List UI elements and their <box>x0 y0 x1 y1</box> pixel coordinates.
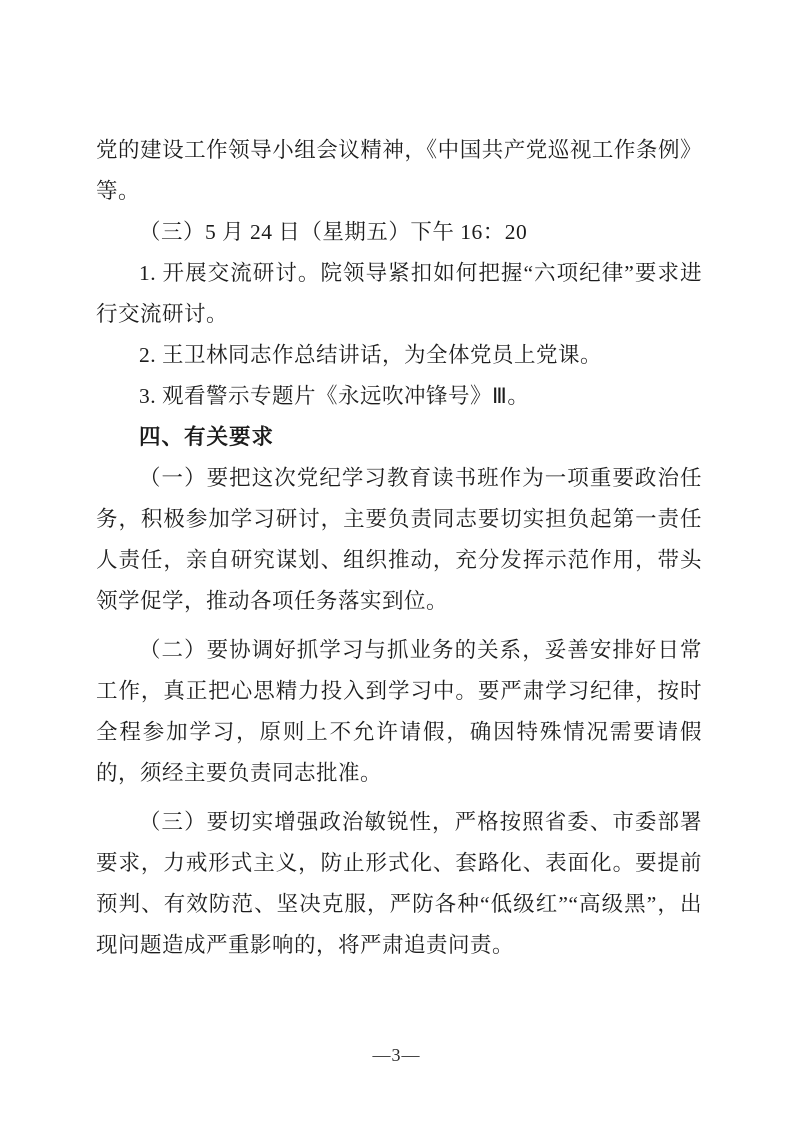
para-agenda-item-2: 2. 王卫林同志作总结讲话，为全体党员上党课。 <box>96 335 702 376</box>
para-requirement-3: （三）要切实增强政治敏锐性，严格按照省委、市委部署要求，力戒形式主义，防止形式化… <box>96 802 702 966</box>
para-continuation: 党的建设工作领导小组会议精神，《中国共产党巡视工作条例》等。 <box>96 130 702 212</box>
para-agenda-item-1: 1. 开展交流研讨。院领导紧扣如何把握“六项纪律”要求进行交流研讨。 <box>96 253 702 335</box>
para-requirement-1: （一）要把这次党纪学习教育读书班作为一项重要政治任务，积极参加学习研讨，主要负责… <box>96 458 702 622</box>
section-heading-requirements: 四、有关要求 <box>96 417 702 458</box>
document-body: 党的建设工作领导小组会议精神，《中国共产党巡视工作条例》等。 （三）5 月 24… <box>96 130 702 966</box>
para-agenda-item-3: 3. 观看警示专题片《永远吹冲锋号》Ⅲ。 <box>96 376 702 417</box>
para-requirement-2: （二）要协调好抓学习与抓业务的关系，妥善安排好日常工作，真正把心思精力投入到学习… <box>96 630 702 794</box>
document-page: 党的建设工作领导小组会议精神，《中国共产党巡视工作条例》等。 （三）5 月 24… <box>0 0 793 1122</box>
page-number: —3— <box>0 1045 793 1066</box>
para-schedule-session-3: （三）5 月 24 日（星期五）下午 16：20 <box>96 212 702 253</box>
